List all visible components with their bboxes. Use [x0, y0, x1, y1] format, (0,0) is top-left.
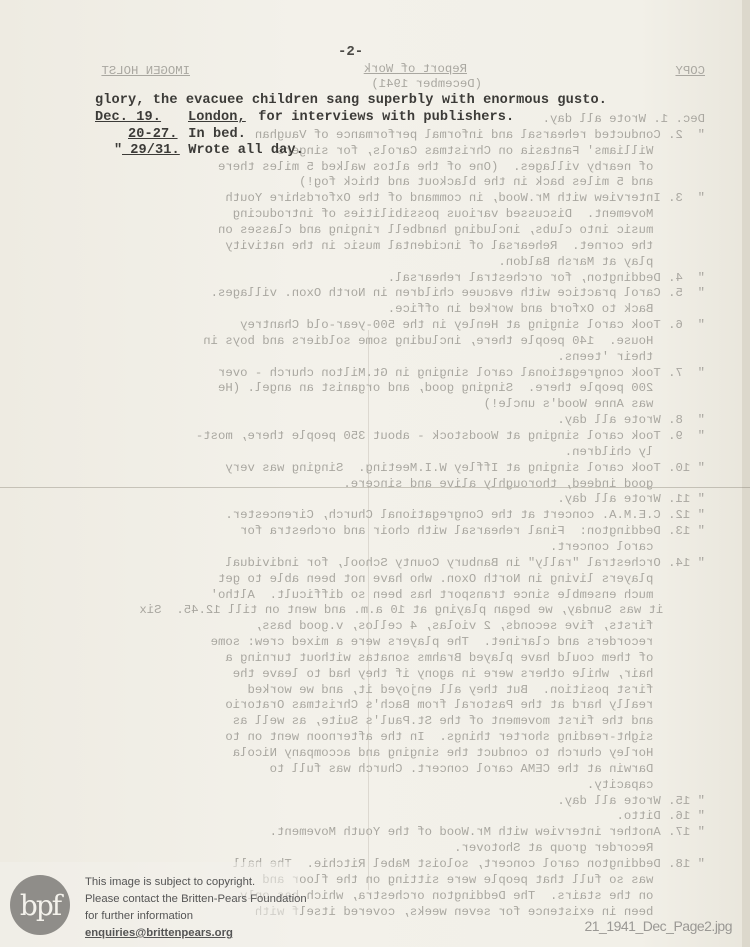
bleed-line: recorders and clarinet. The players were… [211, 635, 705, 650]
bleed-line: sight-reading shorter things. In the aft… [225, 730, 705, 745]
bleed-line: Williams' Fantasia on Christmas Carols, … [277, 144, 705, 159]
bleed-line: " 13. Deddington: Final rehearsal with c… [240, 524, 705, 539]
watermark-info: for further information [85, 910, 193, 922]
bleed-line: " 17. Another interview with Mr.Wood of … [270, 825, 705, 840]
watermark-contact: Please contact the Britten-Pears Foundat… [85, 893, 307, 905]
bleed-line: " 15. Wrote all day. [557, 794, 705, 809]
bleed-line: really hard at the Pastoral from Bach's … [225, 698, 705, 713]
bleed-line: " 10. Took carol singing at Iffley W.I.M… [225, 461, 705, 476]
file-name: 21_1941_Dec_Page2.jpg [584, 918, 732, 934]
front-date-dec19: Dec. 19. [95, 110, 161, 125]
bleed-line: " 12. C.E.M.A. concert at the Congregati… [225, 508, 705, 523]
bleed-line: " 3. Interview with Mr.Wood, in command … [225, 191, 705, 206]
bleed-line: much ensemble since transport has been s… [211, 588, 705, 603]
bleed-line: Recorder group at Shotover. [454, 841, 705, 856]
bleed-line: Darwin at the CEMA carol concert. Church… [270, 762, 705, 777]
bleed-line: music into clubs, including handbell rin… [218, 223, 705, 238]
bleed-line: " 7. Took congregational carol singing i… [218, 366, 705, 381]
front-line-3-rest: In bed. [180, 127, 246, 142]
bleed-through-text: COPY Report of Work (December 1941) IMOG… [0, 0, 750, 947]
bleed-line: " 8. Wrote all day. [557, 413, 705, 428]
bleed-line: ly children. [565, 445, 705, 460]
front-line-2-rest: for interviews with publishers. [250, 110, 514, 125]
bleed-line: " 5. Carol practice with evacuee childre… [211, 286, 705, 301]
bpf-logo: bpf [10, 875, 70, 935]
bleed-line: good indeed, thoroughly alive and sincer… [343, 477, 705, 492]
bleed-line: " 2. Conducted rehearsal and informal pe… [255, 128, 705, 143]
bleed-line: and the first movement of the St.Paul's … [233, 714, 705, 729]
bleed-line: hair, while others were in agony if they… [233, 667, 705, 682]
bleed-line: 200 people there. Singing good, and orga… [218, 381, 705, 396]
front-date-20-27: 20-27. [128, 127, 178, 142]
page-number: -2- [338, 44, 363, 60]
bleed-line: " 14. Orchestral "rally" in Banbury Coun… [225, 556, 705, 571]
bleed-header-center-sub: (December 1941) [371, 77, 482, 92]
bleed-line: players living in North Oxon. who have n… [218, 572, 705, 587]
bleed-line: play at Marsh Baldon. [498, 255, 705, 270]
bleed-header-left: COPY [675, 64, 705, 79]
bleed-line: their 'teens. [557, 350, 705, 365]
bleed-line: carol concert. [550, 540, 705, 555]
watermark-email-link[interactable]: enquiries@brittenpears.org [85, 927, 233, 939]
front-date-29-31: 29/31. [122, 143, 180, 158]
bleed-line: Horley church to conduct the singing and… [233, 746, 705, 761]
bleed-line: capacity. [587, 778, 705, 793]
bleed-line: " 9. Took carol singing at Woodstock - a… [196, 429, 705, 444]
bleed-line: was Anne Wood's uncle!) [484, 397, 705, 412]
bleed-line: " 11. Wrote all day. [557, 492, 705, 507]
bleed-line: of nearby villages. (One of the altos wa… [218, 160, 705, 175]
bleed-line: " 4. Deddington, for orchestral rehearsa… [388, 271, 705, 286]
bleed-line: House. 140 people there, including some … [203, 334, 705, 349]
front-place-london: London, [188, 110, 246, 125]
bleed-line: " 18. Deddington carol concert, soloist … [233, 857, 705, 872]
front-line-1: glory, the evacuee children sang superbl… [95, 93, 607, 108]
bleed-line: it was Sunday, we began playing at 10 a.… [139, 603, 715, 618]
bleed-line: and 5 miles back in the blackout and thi… [299, 175, 705, 190]
front-line-4-rest: Wrote all day. [180, 143, 304, 158]
bleed-line: Back to Oxford and worked in office. [388, 302, 705, 317]
bleed-line: on the stairs. The Deddington orchestra,… [240, 889, 705, 904]
bleed-line: Dec. 1. Wrote all day. [543, 112, 705, 127]
bleed-line: the cornet. Rehearsal of incidental musi… [225, 239, 705, 254]
watermark-copyright: This image is subject to copyright. [85, 876, 255, 888]
bleed-line: first position. But they all enjoyed it,… [247, 683, 705, 698]
bleed-line: of them could have played Brahms sonatas… [225, 651, 705, 666]
bleed-header-right: IMOGEN HOLST [101, 64, 190, 79]
bleed-line: Movement. Discussed various possibilitie… [233, 207, 705, 222]
bleed-line: firsts, five seconds, 2 violas, 4 cellos… [255, 619, 705, 634]
bleed-header-center-title: Report of Work [364, 62, 467, 77]
bleed-line: " 16. Ditto. [616, 809, 705, 824]
bleed-line: was so full that people were sitting on … [262, 873, 705, 888]
bleed-line: " 6. Took carol singing at Henley in the… [240, 318, 705, 333]
